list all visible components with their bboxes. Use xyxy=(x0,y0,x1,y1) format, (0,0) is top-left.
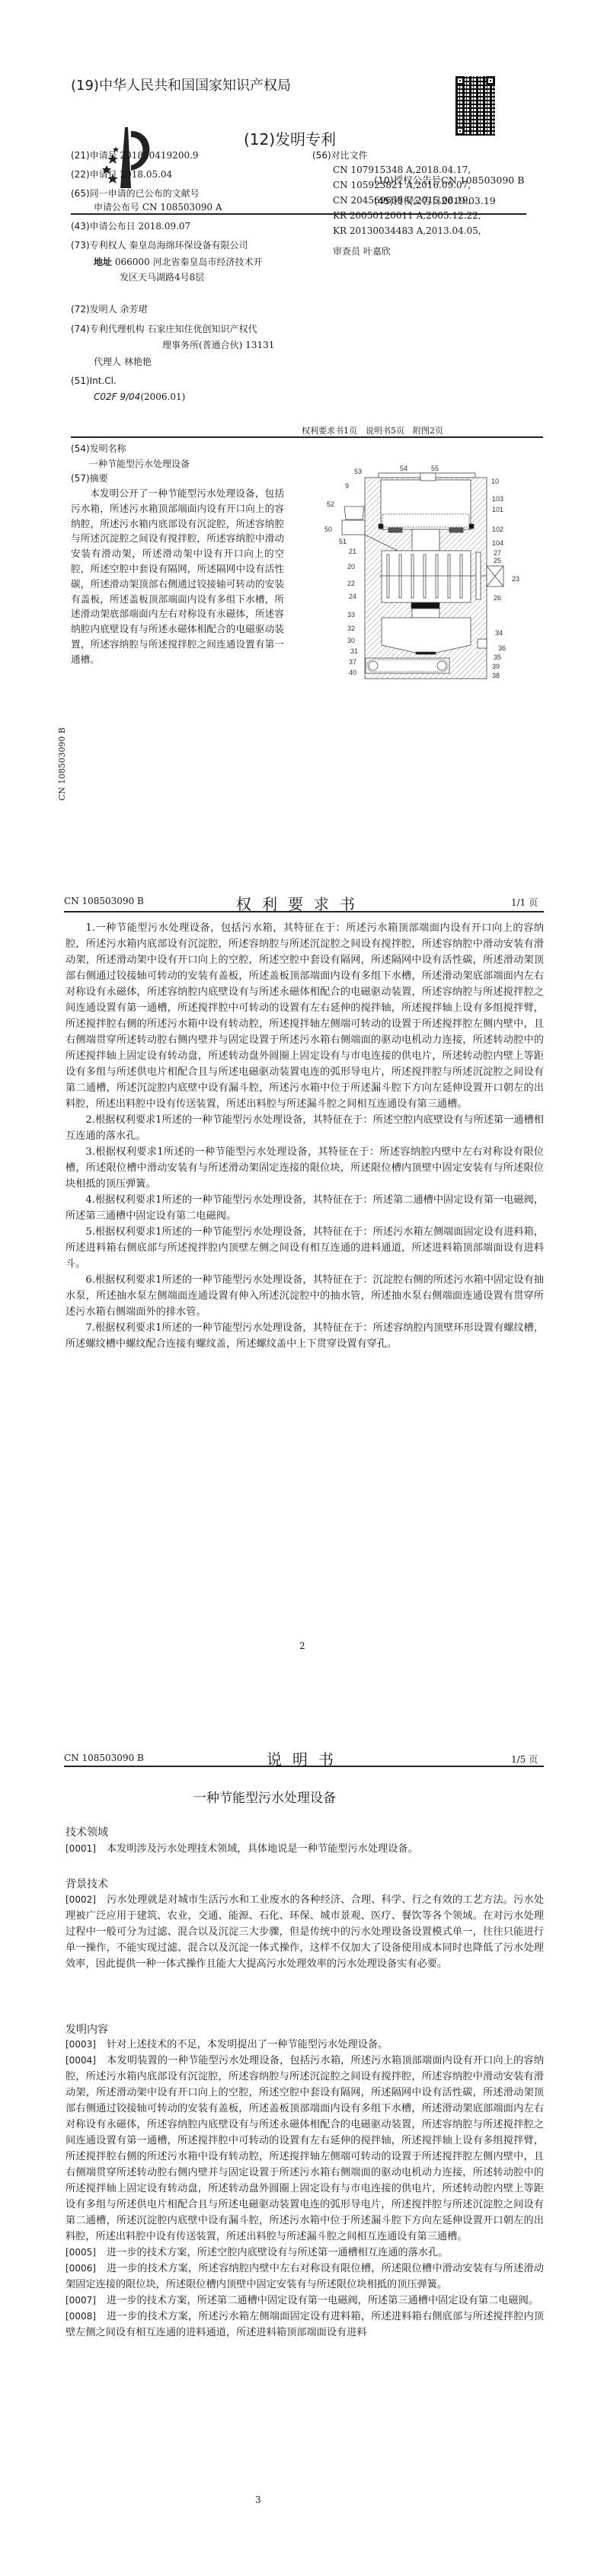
svg-text:52: 52 xyxy=(327,500,334,508)
section-heading-background: 背景技术 xyxy=(66,1876,108,1891)
svg-text:31: 31 xyxy=(350,647,358,655)
field-prior-publication: (65)同一申请的已公布的文献号 xyxy=(71,187,200,200)
svg-text:20: 20 xyxy=(347,563,355,570)
claims-page-footer: 2 xyxy=(299,1641,305,1651)
svg-text:21: 21 xyxy=(349,548,356,555)
claim-item: 6.根据权利要求1所述的一种节能型污水处理设备，其特征在于：沉淀腔右侧的所述污水… xyxy=(66,1272,544,1320)
claim-item: 3.根据权利要求1所述的一种节能型污水处理设备，其特征在于：所述容纳腔内壁中左右… xyxy=(66,1144,544,1192)
svg-text:10: 10 xyxy=(491,478,499,485)
apparatus-figure: 53 54 55 10 9 103 52 101 50 102 51 104 2… xyxy=(320,465,548,686)
citation-item: CN 107915348 A,2018.04.17, xyxy=(333,165,471,175)
svg-text:53: 53 xyxy=(354,468,362,475)
claim-item: 7.根据权利要求1所述的一种节能型污水处理设备，其特征在于：所述容纳腔内顶壁环形… xyxy=(66,1320,544,1352)
svg-text:26: 26 xyxy=(494,594,501,602)
field-ipc-class: C02F 9/04(2006.01) xyxy=(94,392,185,402)
claims-doc-number: CN 108503090 B xyxy=(64,896,144,906)
field-agency-cont: 理事务所(普通合伙) 13131 xyxy=(162,338,274,351)
svg-text:50: 50 xyxy=(324,526,332,533)
description-page-number: 1/5 页 xyxy=(511,1753,538,1766)
document-type: (12)发明专利 xyxy=(244,127,336,149)
svg-text:37: 37 xyxy=(349,658,356,666)
svg-text:9: 9 xyxy=(345,482,349,490)
svg-text:25: 25 xyxy=(494,557,501,564)
paragraph-0007: [0007]进一步的技术方案，所述第二通槽中固定设有第一电磁阀，所述第三通槽中固… xyxy=(66,2293,544,2309)
description-header-divider xyxy=(64,1766,544,1767)
field-inventor: (72)发明人 余芳珺 xyxy=(71,302,147,315)
summary-paragraphs: [0003]针对上述技术的不足，本发明提出了一种节能型污水处理设备。 [0004… xyxy=(66,2037,544,2341)
section-heading-summary: 发明内容 xyxy=(66,2021,108,2037)
citations-label: (56)对比文件 xyxy=(312,149,368,161)
svg-text:32: 32 xyxy=(347,625,355,632)
claim-item: 1.一种节能型污水处理设备，包括污水箱，其特征在于：所述污水箱顶部端面内设有开口… xyxy=(66,920,544,1112)
citation-item: KR 20130034483 A,2013.04.05, xyxy=(333,225,481,236)
svg-text:104: 104 xyxy=(492,539,503,547)
paragraph-0003: [0003]针对上述技术的不足，本发明提出了一种节能型污水处理设备。 xyxy=(66,2037,544,2053)
svg-text:103: 103 xyxy=(492,495,503,503)
field-address-cont: 发区天马湖路4号8层 xyxy=(120,270,204,283)
svg-text:24: 24 xyxy=(349,593,356,600)
field-application-number: (21)申请号 201810419200.9 xyxy=(71,149,199,161)
svg-text:35: 35 xyxy=(494,654,501,661)
section-heading-technical-field: 技术领域 xyxy=(66,1824,108,1839)
invention-title-label: (54)发明名称 xyxy=(71,442,126,455)
examiner-row: 审查员 叶嘉欣 xyxy=(333,244,391,257)
abstract-text: 本发明公开了一种节能型污水处理设备，包括污水箱，所述污水箱顶部端面内设有开口向上… xyxy=(71,486,284,667)
description-doc-number: CN 108503090 B xyxy=(64,1753,144,1763)
citation-item: CN 204569658 U,2015.08.19, xyxy=(333,195,471,206)
field-patentee: (73)专利权人 秦皇岛海绵环保设备有限公司 xyxy=(71,238,248,251)
svg-text:101: 101 xyxy=(492,506,503,513)
field-address: 地址 066000 河北省秦皇岛市经济技术开 xyxy=(94,255,262,268)
qr-code-icon xyxy=(455,76,495,136)
claims-list: 1.一种节能型污水处理设备，包括污水箱，其特征在于：所述污水箱顶部端面内设有开口… xyxy=(66,920,544,1352)
svg-text:38: 38 xyxy=(492,672,500,679)
field-int-cl: (51)Int.Cl. xyxy=(71,376,117,386)
field-agent: 代理人 林艳艳 xyxy=(94,355,152,368)
paragraph-0006: [0006]进一步的技术方案，所述容纳腔内壁中左右对称设有限位槽，所述限位槽中滑… xyxy=(66,2261,544,2293)
svg-text:34: 34 xyxy=(495,629,503,637)
svg-text:36: 36 xyxy=(498,644,506,652)
field-agency: (74)专利代理机构 石家庄知住优创知识产权代 xyxy=(71,322,257,335)
svg-text:30: 30 xyxy=(347,637,355,644)
claim-item: 2.根据权利要求1所述的一种节能型污水处理设备，其特征在于：所述空腔内底壁设有与… xyxy=(66,1112,544,1144)
claims-page-number: 1/1 页 xyxy=(511,896,538,909)
svg-text:51: 51 xyxy=(339,538,347,545)
abstract-label: (57)摘要 xyxy=(71,471,108,484)
invention-title: 一种节能型污水处理设备 xyxy=(89,457,190,470)
office-name: (19)中华人民共和国国家知识产权局 xyxy=(71,75,291,94)
paragraph-0005: [0005]进一步的技术方案，所述空腔内底壁设有与所述第一通槽相互连通的落水孔。 xyxy=(66,2245,544,2261)
citation-item: KR 20050120011 A,2005.12.22, xyxy=(333,210,481,221)
page-counts: 权利要求书1页 说明书5页 附图2页 xyxy=(302,424,443,436)
field-publication-date: (43)申请公布日 2018.09.07 xyxy=(71,219,190,232)
paragraph-0001: [0001]本发明涉及污水处理技术领域，具体地说是一种节能型污水处理设备。 xyxy=(66,1841,544,1857)
description-page-footer: 3 xyxy=(255,2495,261,2505)
svg-text:102: 102 xyxy=(492,526,503,533)
field-application-date: (22)申请日 2018.05.04 xyxy=(71,168,172,181)
svg-text:40: 40 xyxy=(349,669,356,676)
field-publication-number: 申请公布号 CN 108503090 A xyxy=(94,200,222,213)
claim-item: 4.根据权利要求1所述的一种节能型污水处理设备，其特征在于：所述第二通槽中固定设… xyxy=(66,1192,544,1224)
section-divider xyxy=(71,436,543,438)
description-title: 一种节能型污水处理设备 xyxy=(193,1787,336,1806)
paragraph-0002: [0002]污水处理就是对城市生活污水和工业废水的各种经济、合理、科学、行之有效… xyxy=(66,1892,544,1972)
svg-text:27: 27 xyxy=(494,549,501,557)
svg-text:54: 54 xyxy=(400,465,407,472)
svg-text:55: 55 xyxy=(431,465,439,472)
side-document-number: CN 108503090 B xyxy=(57,727,67,801)
svg-text:22: 22 xyxy=(347,580,355,587)
paragraph-0008: [0008]进一步的技术方案，所述污水箱左侧端面固定设有进料箱，所述进料箱右侧底… xyxy=(66,2309,544,2341)
svg-text:23: 23 xyxy=(512,575,519,583)
svg-text:33: 33 xyxy=(347,611,355,618)
svg-text:39: 39 xyxy=(492,663,500,670)
citation-item: CN 105923821 A,2016.09.07, xyxy=(333,180,471,190)
claim-item: 5.根据权利要求1所述的一种节能型污水处理设备，其特征在于：所述污水箱左侧端面固… xyxy=(66,1224,544,1272)
claims-header-divider xyxy=(64,911,544,912)
paragraph-0004: [0004]本发明装置的一种节能型污水处理设备，包括污水箱，所述污水箱顶部端面内… xyxy=(66,2053,544,2245)
